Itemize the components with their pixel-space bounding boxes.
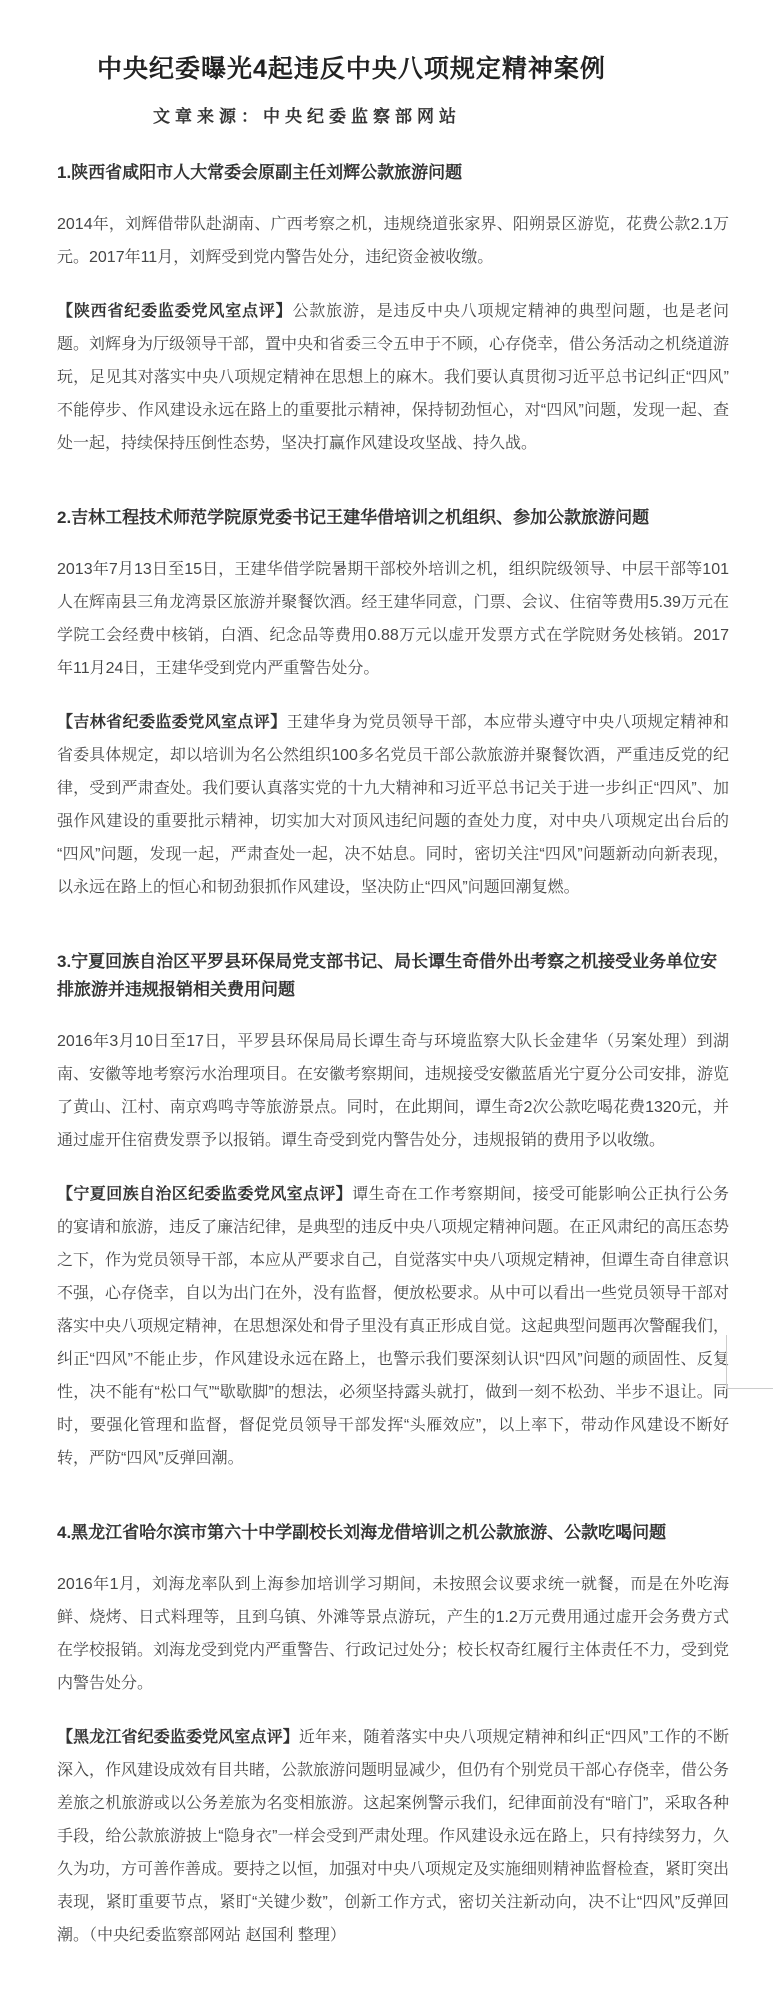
case-2-body: 2013年7月13日至15日，王建华借学院暑期干部校外培训之机，组织院级领导、中…	[57, 553, 729, 685]
case-4-comment-label: 【黑龙江省纪委监委党风室点评】	[57, 1729, 299, 1746]
case-section-1: 1.陕西省咸阳市人大常委会原副主任刘辉公款旅游问题 2014年，刘辉借带队赴湖南…	[57, 159, 729, 460]
case-3-body: 2016年3月10日至17日，平罗县环保局局长谭生奇与环境监察大队长金建华（另案…	[57, 1025, 729, 1157]
case-4-comment: 【黑龙江省纪委监委党风室点评】近年来，随着落实中央八项规定精神和纠正“四风”工作…	[57, 1721, 729, 1952]
case-2-comment-label: 【吉林省纪委监委党风室点评】	[57, 714, 287, 731]
article-page: { "page": { "title": "中央纪委曝光4起违反中央八项规定精神…	[0, 0, 773, 2012]
case-1-heading: 1.陕西省咸阳市人大常委会原副主任刘辉公款旅游问题	[57, 159, 729, 187]
article-title: 中央纪委曝光4起违反中央八项规定精神案例	[97, 54, 729, 84]
case-3-comment: 【宁夏回族自治区纪委监委党风室点评】谭生奇在工作考察期间，接受可能影响公正执行公…	[57, 1178, 729, 1475]
case-4-heading: 4.黑龙江省哈尔滨市第六十中学副校长刘海龙借培训之机公款旅游、公款吃喝问题	[57, 1519, 729, 1547]
case-1-comment-text: 公款旅游，是违反中央八项规定精神的典型问题，也是老问题。刘辉身为厅级领导干部，置…	[57, 303, 729, 452]
case-2-comment: 【吉林省纪委监委党风室点评】王建华身为党员领导干部，本应带头遵守中央八项规定精神…	[57, 706, 729, 904]
case-1-comment-label: 【陕西省纪委监委党风室点评】	[57, 303, 292, 320]
partial-widget-outline	[726, 1335, 773, 1389]
case-section-3: 3.宁夏回族自治区平罗县环保局党支部书记、局长谭生奇借外出考察之机接受业务单位安…	[57, 948, 729, 1475]
case-4-comment-text: 近年来，随着落实中央八项规定精神和纠正“四风”工作的不断深入，作风建设成效有目共…	[57, 1729, 729, 1944]
case-4-body: 2016年1月，刘海龙率队到上海参加培训学习期间，未按照会议要求统一就餐，而是在…	[57, 1568, 729, 1700]
case-section-2: 2.吉林工程技术师范学院原党委书记王建华借培训之机组织、参加公款旅游问题 201…	[57, 504, 729, 904]
case-1-body: 2014年，刘辉借带队赴湖南、广西考察之机，违规绕道张家界、阳朔景区游览，花费公…	[57, 208, 729, 274]
case-1-comment: 【陕西省纪委监委党风室点评】公款旅游，是违反中央八项规定精神的典型问题，也是老问…	[57, 295, 729, 460]
case-3-heading: 3.宁夏回族自治区平罗县环保局党支部书记、局长谭生奇借外出考察之机接受业务单位安…	[57, 948, 729, 1004]
case-3-comment-label: 【宁夏回族自治区纪委监委党风室点评】	[57, 1186, 352, 1203]
article-body: 中央纪委曝光4起违反中央八项规定精神案例 文章来源：中央纪委监察部网站 1.陕西…	[0, 0, 773, 2012]
case-2-heading: 2.吉林工程技术师范学院原党委书记王建华借培训之机组织、参加公款旅游问题	[57, 504, 729, 532]
case-3-comment-text: 谭生奇在工作考察期间，接受可能影响公正执行公务的宴请和旅游，违反了廉洁纪律，是典…	[57, 1186, 729, 1467]
case-section-4: 4.黑龙江省哈尔滨市第六十中学副校长刘海龙借培训之机公款旅游、公款吃喝问题 20…	[57, 1519, 729, 1952]
case-2-comment-text: 王建华身为党员领导干部，本应带头遵守中央八项规定精神和省委具体规定，却以培训为名…	[57, 714, 729, 896]
article-source-line: 文章来源：中央纪委监察部网站	[153, 102, 729, 127]
